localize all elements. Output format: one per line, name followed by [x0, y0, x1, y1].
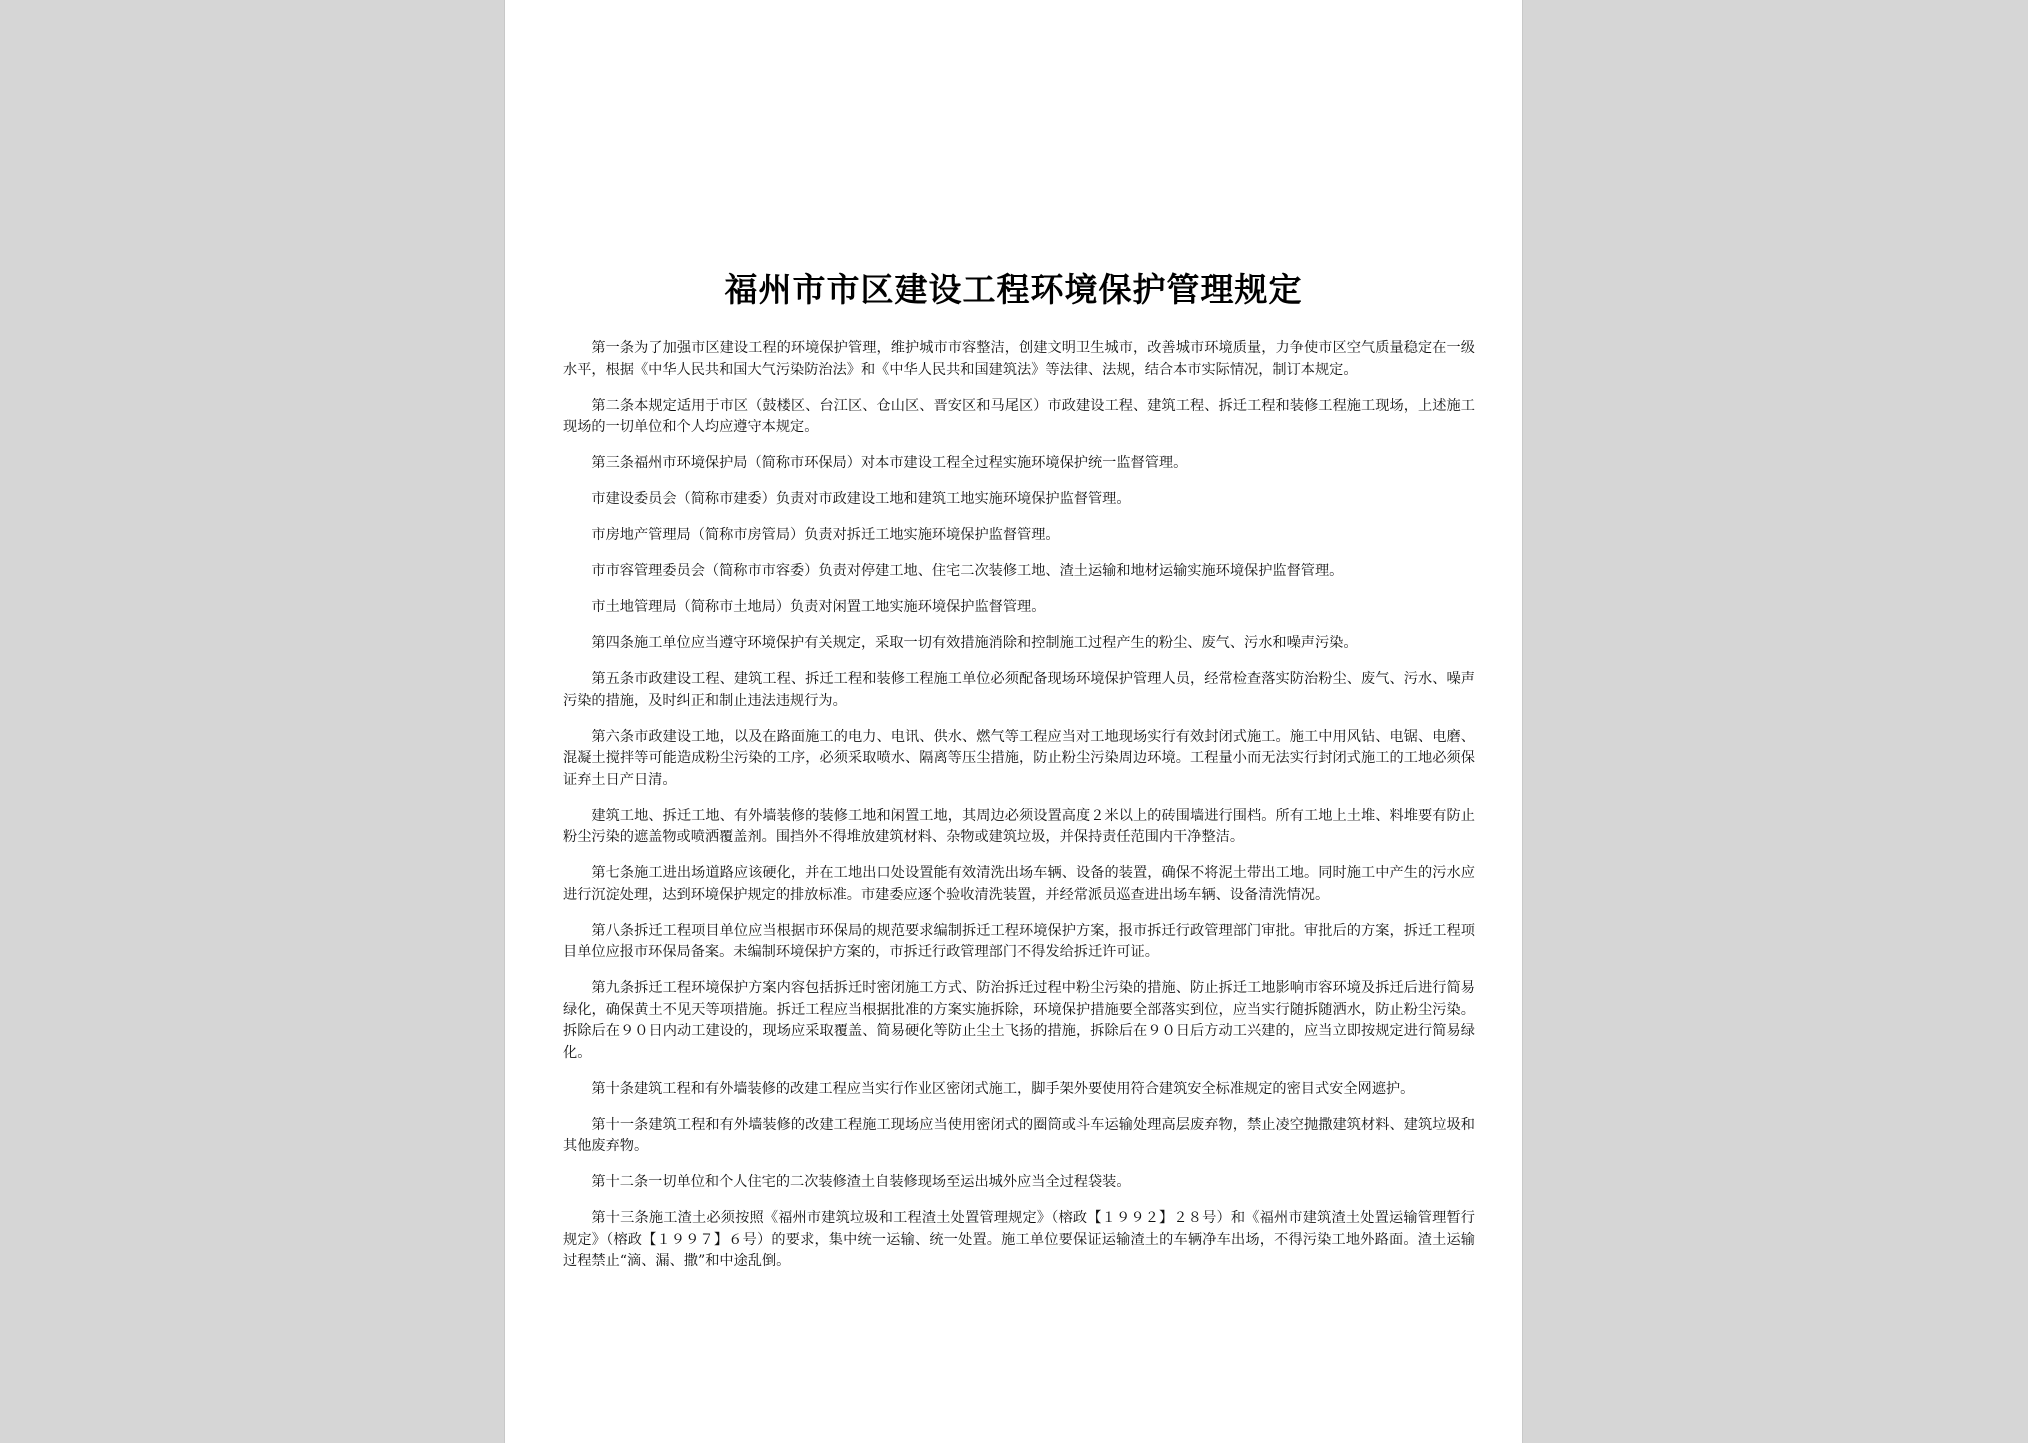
article-3-real-estate-bureau: 市房地产管理局（简称市房管局）负责对拆迁工地实施环境保护监督管理。	[563, 525, 1475, 547]
article-7: 第七条施工进出场道路应该硬化，并在工地出口处设置能有效清洗出场车辆、设备的装置，…	[563, 863, 1475, 906]
article-3-city-appearance-committee: 市市容管理委员会（简称市市容委）负责对停建工地、住宅二次装修工地、渣土运输和地材…	[563, 561, 1475, 583]
article-6-enclosure: 建筑工地、拆迁工地、有外墙装修的装修工地和闲置工地，其周边必须设置高度２米以上的…	[563, 806, 1475, 849]
article-6: 第六条市政建设工地，以及在路面施工的电力、电讯、供水、燃气等工程应当对工地现场实…	[563, 727, 1475, 792]
article-10: 第十条建筑工程和有外墙装修的改建工程应当实行作业区密闭式施工，脚手架外要使用符合…	[563, 1079, 1475, 1101]
document-page: 福州市市区建设工程环境保护管理规定 第一条为了加强市区建设工程的环境保护管理，维…	[504, 0, 1523, 1443]
article-1: 第一条为了加强市区建设工程的环境保护管理，维护城市市容整洁，创建文明卫生城市，改…	[563, 338, 1475, 381]
document-title: 福州市市区建设工程环境保护管理规定	[505, 264, 1522, 311]
document-body: 第一条为了加强市区建设工程的环境保护管理，维护城市市容整洁，创建文明卫生城市，改…	[563, 338, 1475, 1287]
article-5: 第五条市政建设工程、建筑工程、拆迁工程和装修工程施工单位必须配备现场环境保护管理…	[563, 669, 1475, 712]
article-2: 第二条本规定适用于市区（鼓楼区、台江区、仓山区、晋安区和马尾区）市政建设工程、建…	[563, 396, 1475, 439]
article-3: 第三条福州市环境保护局（简称市环保局）对本市建设工程全过程实施环境保护统一监督管…	[563, 453, 1475, 475]
article-4: 第四条施工单位应当遵守环境保护有关规定，采取一切有效措施消除和控制施工过程产生的…	[563, 633, 1475, 655]
article-13: 第十三条施工渣土必须按照《福州市建筑垃圾和工程渣土处置管理规定》（榕政【１９９２…	[563, 1208, 1475, 1273]
article-11: 第十一条建筑工程和有外墙装修的改建工程施工现场应当使用密闭式的圈筒或斗车运输处理…	[563, 1115, 1475, 1158]
article-12: 第十二条一切单位和个人住宅的二次装修渣土自装修现场至运出城外应当全过程袋装。	[563, 1172, 1475, 1194]
article-8: 第八条拆迁工程项目单位应当根据市环保局的规范要求编制拆迁工程环境保护方案，报市拆…	[563, 921, 1475, 964]
article-3-construction-committee: 市建设委员会（简称市建委）负责对市政建设工地和建筑工地实施环境保护监督管理。	[563, 489, 1475, 511]
article-3-land-bureau: 市土地管理局（简称市土地局）负责对闲置工地实施环境保护监督管理。	[563, 597, 1475, 619]
article-9: 第九条拆迁工程环境保护方案内容包括拆迁时密闭施工方式、防治拆迁过程中粉尘污染的措…	[563, 978, 1475, 1064]
